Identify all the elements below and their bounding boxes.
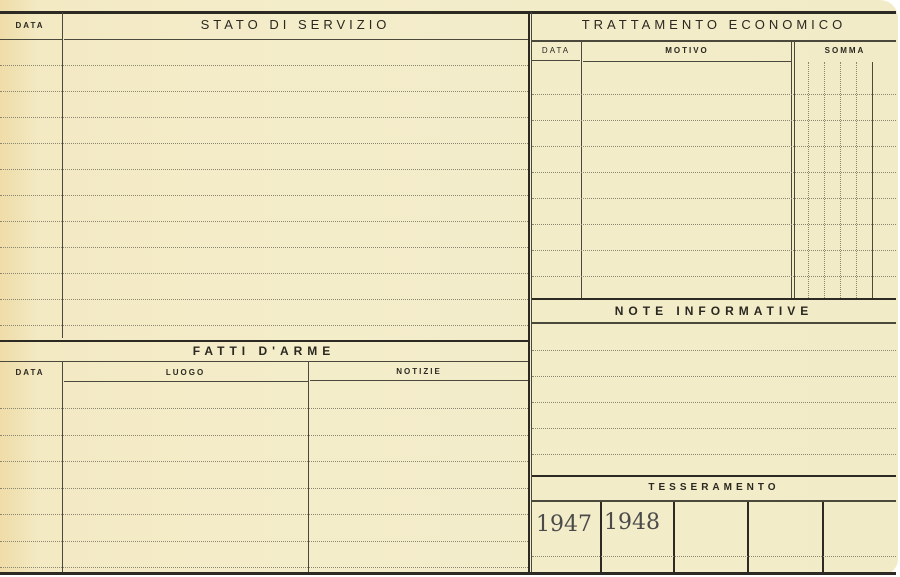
stato-header-rule [64,39,528,40]
ruled-line [532,120,896,121]
note-bottom-rule [532,475,896,477]
center-divider [528,12,530,572]
ruled-line [0,91,528,92]
trattamento-data-header-rule [532,60,580,61]
somma-digit-divider-4 [856,62,857,298]
ruled-line [532,276,896,277]
trattamento-motivo-divider-double [794,42,795,298]
ruled-line [0,273,528,274]
tesseramento-year-1: 1947 [536,512,592,537]
note-informative-title: NOTE INFORMATIVE [532,304,896,318]
stato-di-servizio-title: STATO DI SERVIZIO [63,17,528,32]
ruled-line [0,461,528,462]
trattamento-col-data-header: DATA [532,46,580,55]
ruled-line [0,143,528,144]
fatti-col-notizie-header: NOTIZIE [310,367,528,376]
ruled-line [0,221,528,222]
trattamento-col-somma-header: SOMMA [795,46,895,55]
ruled-line [0,435,528,436]
ruled-line [532,172,896,173]
ruled-line [532,146,896,147]
service-record-card: DATA STATO DI SERVIZIO FATTI D'ARME DATA… [0,0,898,575]
ruled-line [532,94,896,95]
ruled-line [0,514,528,515]
stato-bottom-rule [0,340,528,342]
stato-data-divider [62,12,63,338]
ruled-line [0,408,528,409]
ruled-line [0,325,528,326]
ruled-line [0,195,528,196]
tesseramento-year-2: 1948 [604,510,660,535]
ruled-line [532,376,896,377]
fatti-col-data-header: DATA [0,368,60,377]
note-header-rule [532,322,896,324]
tesseramento-row-line [532,556,896,557]
ruled-line [0,299,528,300]
somma-cents-divider [872,62,873,298]
ruled-line [532,350,896,351]
fatti-d-arme-title: FATTI D'ARME [0,344,528,358]
ruled-line [0,567,528,568]
somma-digit-divider-2 [824,62,825,298]
somma-digit-divider-1 [808,62,809,298]
fatti-col-luogo-header: LUOGO [63,368,308,377]
bottom-border [0,572,896,575]
trattamento-motivo-header-rule [583,61,791,62]
tesseramento-header-rule [532,500,896,502]
ruled-line [532,454,896,455]
trattamento-bottom-rule [532,298,896,300]
tesseramento-divider-2 [673,502,675,572]
fatti-luogo-header-rule [64,381,308,382]
ruled-line [0,247,528,248]
ruled-line [532,198,896,199]
ruled-line [532,224,896,225]
stato-col-data-header: DATA [0,21,60,30]
fatti-header-rule [0,361,528,362]
ruled-line [0,541,528,542]
trattamento-motivo-divider [791,42,792,298]
top-border [0,11,896,14]
ruled-line [532,250,896,251]
tesseramento-divider-3 [747,502,749,572]
trattamento-col-motivo-header: MOTIVO [583,46,791,55]
trattamento-economico-title: TRATTAMENTO ECONOMICO [532,17,896,32]
stato-header-rule-left [0,39,62,40]
ruled-line [0,65,528,66]
ruled-line [532,428,896,429]
ruled-line [0,169,528,170]
trattamento-data-divider [581,42,582,298]
tesseramento-divider-4 [822,502,824,572]
trattamento-header-rule [532,40,896,42]
tesseramento-title: TESSERAMENTO [532,482,896,493]
ruled-line [0,488,528,489]
tesseramento-divider-1 [600,502,602,572]
ruled-line [532,402,896,403]
ruled-line [0,117,528,118]
fatti-notizie-header-rule [310,380,528,381]
somma-digit-divider-3 [840,62,841,298]
